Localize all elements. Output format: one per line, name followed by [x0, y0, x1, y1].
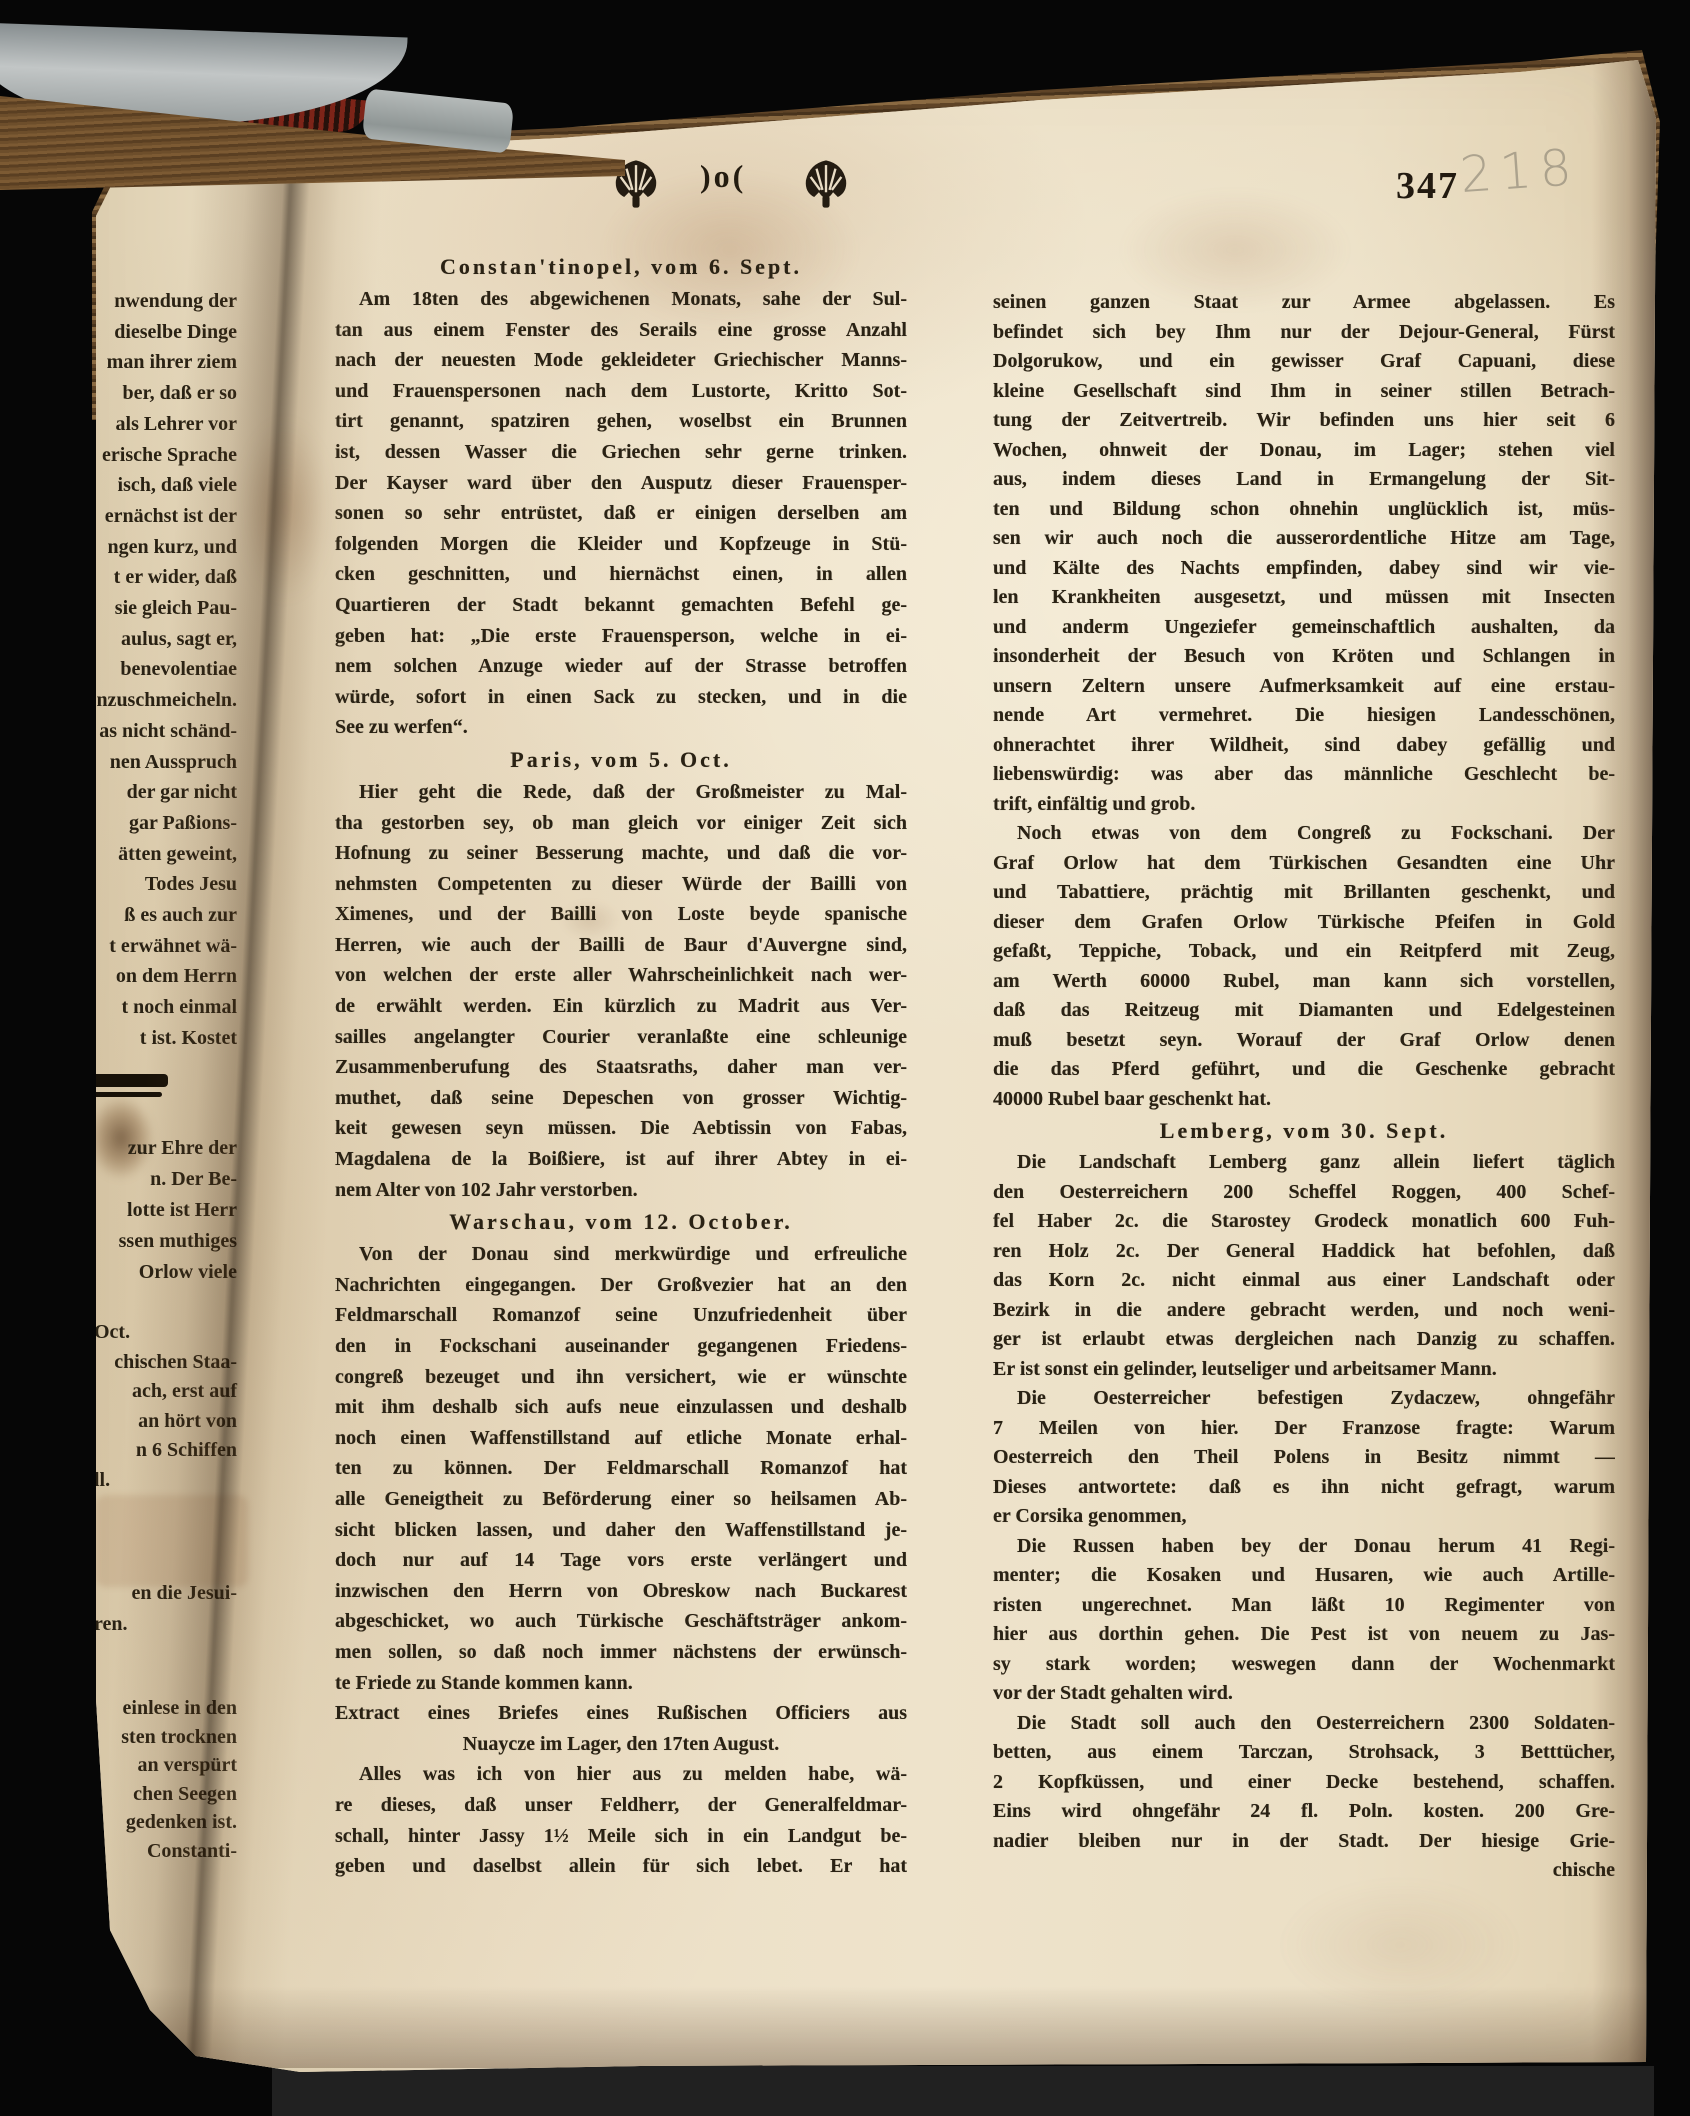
text-line: Von der Donau sind merkwürdige und erfre… [335, 1239, 907, 1270]
right-page-edge-shadow [1592, 52, 1658, 2066]
text-line-fragment: Orlow viele [94, 1257, 237, 1288]
text-line: fel Haber 2c. die Starostey Grodeck mona… [993, 1207, 1615, 1237]
text-line: re dieses, daß unser Feldherr, der Gener… [335, 1790, 907, 1821]
text-line-fragment: sten trocknen [94, 1723, 237, 1752]
text-line: Die Stadt soll auch den Oesterreichern 2… [993, 1709, 1615, 1739]
text-line-fragment: ber, daß er so [94, 378, 237, 409]
text-line-fragment: ngen kurz, und [94, 532, 237, 563]
text-line-fragment: nwendung der [94, 286, 237, 317]
text-line-fragment: benevolentiae [94, 654, 237, 685]
text-line: dieser dem Grafen Orlow Türkische Pfeife… [993, 908, 1615, 938]
text-line: chische [993, 1856, 1615, 1886]
text-line: Magdalena de la Boißiere, ist auf ihrer … [335, 1144, 907, 1175]
text-line: Quartieren der Stadt bekannt gemachten B… [335, 590, 907, 621]
text-line: sonen so sehr entrüstet, daß er einigen … [335, 498, 907, 529]
text-line-fragment: zur Ehre der [94, 1133, 237, 1164]
text-line: men sollen, so daß noch immer nächstens … [335, 1637, 907, 1668]
text-line: geben und daselbst allein für sich lebet… [335, 1851, 907, 1882]
text-line: ren Holz 2c. Der General Haddick hat bef… [993, 1237, 1615, 1267]
handwritten-pencil-number: 218 [1458, 138, 1581, 204]
text-line: tha gestorben sey, ob man gleich vor ein… [335, 808, 907, 839]
text-line: See zu werfen“. [335, 712, 907, 743]
text-line-fragment: an hört von [94, 1407, 237, 1437]
text-line: am Werth 60000 Rubel, man kann sich vors… [993, 967, 1615, 997]
section-divider-rule [94, 1074, 168, 1097]
text-line: ger ist erlaubt etwas dergleichen nach D… [993, 1325, 1615, 1355]
text-line: nadier bleiben nur in der Stadt. Der hie… [993, 1827, 1615, 1857]
text-line: und anderm Ungeziefer gemeinschaftlich a… [993, 613, 1615, 643]
text-line: Nuaycze im Lager, den 17ten August. [335, 1729, 907, 1760]
text-line: risten ungerechnet. Man läßt 10 Regiment… [993, 1591, 1615, 1621]
text-line: cken geschnitten, und hiernächst einen, … [335, 559, 907, 590]
text-line-fragment: sie gleich Pau- [94, 593, 237, 624]
text-line-fragment: gar Paßions- [94, 808, 237, 839]
text-line-fragment: t er wider, daß [94, 562, 237, 593]
text-line-fragment: lotte ist Herr [94, 1195, 237, 1226]
text-line: gefaßt, Teppiche, Toback, und ein Reitpf… [993, 937, 1615, 967]
text-line: unsern Zeltern unsere Aufmerksamkeit auf… [993, 672, 1615, 702]
text-line-fragment: ren. [94, 1609, 237, 1640]
text-line: Eins wird ohngefähr 24 fl. Poln. kosten.… [993, 1797, 1615, 1827]
text-line-fragment: Todes Jesu [94, 869, 237, 900]
text-line-fragment: as nicht schänd- [94, 716, 237, 747]
text-line: sy stark worden; weswegen dann der Woche… [993, 1650, 1615, 1680]
text-line-fragment: erische Sprache [94, 440, 237, 471]
text-line: Lemberg, vom 30. Sept. [993, 1114, 1615, 1148]
text-line: sicht blicken lassen, und daher den Waff… [335, 1515, 907, 1546]
text-line: Am 18ten des abgewichenen Monats, sahe d… [335, 284, 907, 315]
text-line: Die Landschaft Lemberg ganz allein liefe… [993, 1148, 1615, 1178]
text-line: kleine Gesellschaft sind Ihm in seiner s… [993, 377, 1615, 407]
text-line-fragment: der gar nicht [94, 777, 237, 808]
main-text-column-right: seinen ganzen Staat zur Armee abgelassen… [993, 288, 1615, 1886]
text-line: muß besetzt seyn. Worauf der Graf Orlow … [993, 1026, 1615, 1056]
text-line-fragment: t noch einmal [94, 992, 237, 1023]
text-line-fragment: nen Ausspruch [94, 747, 237, 778]
text-line-fragment: chischen Staa- [94, 1348, 237, 1378]
stain [560, 900, 620, 940]
page-number: 347 [1396, 164, 1459, 208]
text-line: nem Alter von 102 Jahr verstorben. [335, 1175, 907, 1206]
text-line: ten zu können. Der Feldmarschall Romanzo… [335, 1453, 907, 1484]
text-line: schall, hinter Jassy 1½ Meile sich in ei… [335, 1821, 907, 1852]
text-line: seinen ganzen Staat zur Armee abgelassen… [993, 288, 1615, 318]
show-through-stain [96, 1495, 248, 1587]
text-line: vor der Stadt gehalten wird. [993, 1679, 1615, 1709]
text-line: Zusammenberufung des Staatsraths, daher … [335, 1052, 907, 1083]
open-book-paper: )o( 347 218 nwendung derdieselbe Dingema… [0, 0, 1690, 2116]
text-line: von welchen der erste aller Wahrscheinli… [335, 960, 907, 991]
text-line: len Krankheiten ausgesetzt, und müssen m… [993, 583, 1615, 613]
text-line: Wochen, ohnweit der Donau, im Lager; ste… [993, 436, 1615, 466]
text-line: würde, sofort in einen Sack zu stecken, … [335, 682, 907, 713]
text-line: Die Oesterreicher befestigen Zydaczew, o… [993, 1384, 1615, 1414]
text-line: Der Kayser ward über den Ausputz dieser … [335, 468, 907, 499]
text-line: befindet sich bey Ihm nur der Dejour-Gen… [993, 318, 1615, 348]
text-line: er Corsika genommen, [993, 1502, 1615, 1532]
text-line: Dolgorukow, und ein gewisser Graf Capuan… [993, 347, 1615, 377]
text-line: aus, indem dieses Land in Ermangelung de… [993, 465, 1615, 495]
page-gutter-shadow [93, 36, 390, 2083]
text-line: de erwählt werden. Ein kürzlich zu Madri… [335, 991, 907, 1022]
text-line: geben hat: „Die erste Frauensperson, wel… [335, 621, 907, 652]
text-line: 2 Kopfküssen, und einer Decke bestehend,… [993, 1768, 1615, 1798]
stain [600, 170, 860, 330]
text-line: abgeschicket, wo auch Türkische Geschäft… [335, 1606, 907, 1637]
text-line: die das Pferd geführt, und die Geschenke… [993, 1055, 1615, 1085]
text-line: Extract eines Briefes eines Rußischen Of… [335, 1698, 907, 1729]
text-line: Hofnung zu seiner Besserung machte, und … [335, 838, 907, 869]
text-line: alle Geneigtheit zu Beförderung einer so… [335, 1484, 907, 1515]
text-line-fragment: on dem Herrn [94, 961, 237, 992]
text-line: Alles was ich von hier aus zu melden hab… [335, 1759, 907, 1790]
text-line: Hier geht die Rede, daß der Großmeister … [335, 777, 907, 808]
text-line: mit ihm deshalb sich aufs neue einzulass… [335, 1392, 907, 1423]
left-page-fragment-section: Oct.chischen Staa-ach, erst aufan hört v… [94, 1318, 237, 1495]
text-line: Dieses antwortete: daß es ihn nicht gefr… [993, 1473, 1615, 1503]
text-line-fragment: ll. [94, 1466, 237, 1496]
text-line-fragment: t erwähnet wä- [94, 931, 237, 962]
header-separator-mark: )o( [700, 158, 746, 195]
left-page-fragment-section: en die Jesui-ren. [94, 1578, 237, 1640]
text-line: Herren, wie auch der Bailli de Baur d'Au… [335, 930, 907, 961]
text-line: Die Russen haben bey der Donau herum 41 … [993, 1532, 1615, 1562]
text-line-fragment: Oct. [94, 1318, 237, 1348]
text-line-fragment: ß es auch zur [94, 900, 237, 931]
text-line: 40000 Rubel baar geschenkt hat. [993, 1085, 1615, 1115]
text-line-fragment: als Lehrer vor [94, 409, 237, 440]
text-line: menter; die Kosaken und Husaren, wie auc… [993, 1561, 1615, 1591]
main-text-column-left: Constan'tinopel, vom 6. Sept.Am 18ten de… [335, 250, 907, 1882]
text-line: ist, dessen Wasser die Griechen sehr ger… [335, 437, 907, 468]
text-line: Er ist sonst ein gelinder, leutseliger u… [993, 1355, 1615, 1385]
stain [1120, 190, 1350, 310]
text-line: Nachrichten eingegangen. Der Großvezier … [335, 1270, 907, 1301]
text-line-fragment: chen Seegen [94, 1780, 237, 1809]
text-line-fragment: n. Der Be- [94, 1164, 237, 1195]
text-line: Warschau, vom 12. October. [335, 1205, 907, 1239]
text-line-fragment: aulus, sagt er, [94, 624, 237, 655]
text-line: tung der Zeitvertreib. Wir befinden uns … [993, 406, 1615, 436]
text-line-fragment: an verspürt [94, 1751, 237, 1780]
text-line: Ximenes, und der Bailli von Loste beyde … [335, 899, 907, 930]
text-line: hier aus dorthin gehen. Die Pest ist von… [993, 1620, 1615, 1650]
text-line-fragment: gedenken ist. [94, 1808, 237, 1837]
stain [240, 420, 330, 600]
text-line: Constan'tinopel, vom 6. Sept. [335, 250, 907, 284]
ink-blot-stain [88, 1096, 154, 1180]
text-line: den in Fockschani auseinander gegangenen… [335, 1331, 907, 1362]
text-line: sen wir auch noch die ausserordentliche … [993, 524, 1615, 554]
text-line: sailles angelangter Courier veranlaßte e… [335, 1022, 907, 1053]
text-line: den Oesterreichern 200 Scheffel Roggen, … [993, 1178, 1615, 1208]
text-line: Feldmarschall Romanzof seine Unzufrieden… [335, 1300, 907, 1331]
text-line-fragment: dieselbe Dinge [94, 317, 237, 348]
text-line-fragment: ssen muthiges [94, 1226, 237, 1257]
text-line: Paris, vom 5. Oct. [335, 743, 907, 777]
text-line: noch einen Waffenstillstand auf etliche … [335, 1423, 907, 1454]
text-line: und Frauenspersonen nach dem Lustorte, K… [335, 376, 907, 407]
text-line: tirt genannt, spatziren gehen, woselbst … [335, 406, 907, 437]
text-line: und Kälte des Nachts empfinden, dabey si… [993, 554, 1615, 584]
text-line-fragment: nzuschmeicheln. [94, 685, 237, 716]
text-line: ohnerachtet ihrer Wildheit, sind dabey g… [993, 731, 1615, 761]
text-line: Oesterreich den Theil Polens in Besitz n… [993, 1443, 1615, 1473]
text-line: Noch etwas von dem Congreß zu Fockschani… [993, 819, 1615, 849]
text-line: betten, aus einem Tarczan, Strohsack, 3 … [993, 1738, 1615, 1768]
text-line: Bezirk in die andere gebracht werden, un… [993, 1296, 1615, 1326]
fleuron-ornament-icon [802, 158, 850, 210]
text-line: das Korn 2c. nicht einmal aus einer Land… [993, 1266, 1615, 1296]
left-page-fragment-section: einlese in densten trocknenan verspürtch… [94, 1694, 237, 1866]
scanner-bed-strip [272, 2066, 1654, 2116]
text-line: inzwischen den Herrn von Obreskow nach B… [335, 1576, 907, 1607]
text-line: doch nur auf 14 Tage vors erste verlänge… [335, 1545, 907, 1576]
text-line: trift, einfältig und grob. [993, 790, 1615, 820]
text-line: folgenden Morgen die Kleider und Kopfzeu… [335, 529, 907, 560]
text-line: nem solchen Anzuge wieder auf der Strass… [335, 651, 907, 682]
text-line: ten und Bildung schon ohnehin unglücklic… [993, 495, 1615, 525]
text-line: 7 Meilen von hier. Der Franzose fragte: … [993, 1414, 1615, 1444]
text-line: nach der neuesten Mode gekleideter Griec… [335, 345, 907, 376]
text-line: tan aus einem Fenster des Serails eine g… [335, 315, 907, 346]
left-page-fragment-section: zur Ehre dern. Der Be-lotte ist Herrssen… [94, 1133, 237, 1288]
bottom-edge-shadow [96, 1986, 1656, 2068]
text-line: te Friede zu Stande kommen kann. [335, 1668, 907, 1699]
text-line: keit gewesen seyn müssen. Die Aebtissin … [335, 1113, 907, 1144]
text-line-fragment: n 6 Schiffen [94, 1436, 237, 1466]
text-line-fragment: ach, erst auf [94, 1377, 237, 1407]
text-line-fragment: en die Jesui- [94, 1578, 237, 1609]
text-line-fragment: isch, daß viele [94, 470, 237, 501]
text-line: nehmsten Competenten zu dieser Würde der… [335, 869, 907, 900]
text-line: und Tabattiere, prächtig mit Brillanten … [993, 878, 1615, 908]
text-line: nende Art vermehret. Die hiesigen Landes… [993, 701, 1615, 731]
text-line-fragment: einlese in den [94, 1694, 237, 1723]
text-line-fragment: t ist. Kostet [94, 1023, 237, 1054]
text-line-fragment: man ihrer ziem [94, 347, 237, 378]
left-page-fragment-section: nwendung derdieselbe Dingeman ihrer ziem… [94, 286, 237, 1054]
text-line: muthet, daß seine Depeschen von grosser … [335, 1083, 907, 1114]
stain [1280, 1880, 1520, 2010]
scanned-book-page: { "header": { "ornament_left": "fleuron-… [0, 0, 1690, 2116]
text-line-fragment: ernächst ist der [94, 501, 237, 532]
text-line-fragment: ätten geweint, [94, 839, 237, 870]
text-line: liebenswürdig: was aber das männliche Ge… [993, 760, 1615, 790]
text-line: insonderheit der Besuch von Kröten und S… [993, 642, 1615, 672]
text-line-fragment: Constanti- [94, 1837, 237, 1866]
text-line: congreß bezeuget und ihn versichert, wie… [335, 1362, 907, 1393]
text-line: Graf Orlow hat dem Türkischen Gesandten … [993, 849, 1615, 879]
text-line: daß das Reitzeug mit Diamanten und Edelg… [993, 996, 1615, 1026]
